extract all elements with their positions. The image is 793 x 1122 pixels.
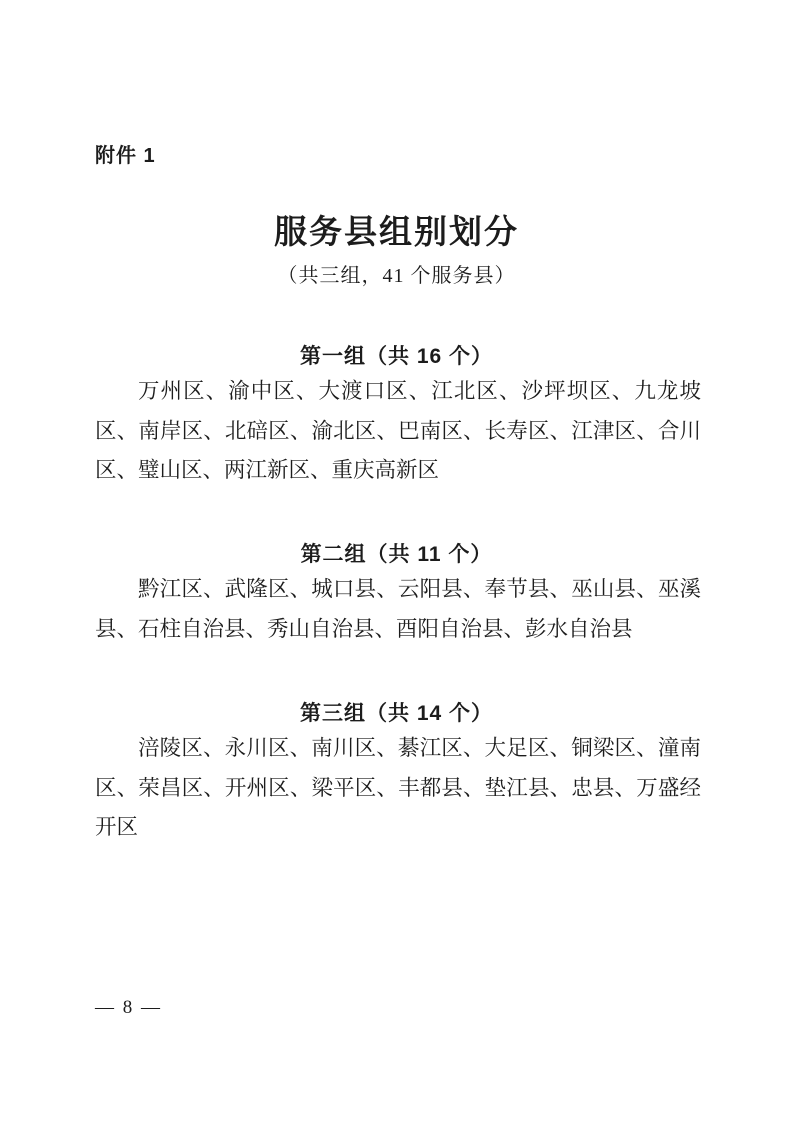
group-3-heading: 第三组（共 14 个） xyxy=(0,697,793,727)
page-subtitle: （共三组，41 个服务县） xyxy=(0,259,793,288)
document-page: 附件 1 服务县组别划分 （共三组，41 个服务县） 第一组（共 16 个） 万… xyxy=(0,0,793,1122)
group-2-heading: 第二组（共 11 个） xyxy=(0,538,793,568)
page-title: 服务县组别划分 xyxy=(0,206,793,253)
page-number: — 8 — xyxy=(95,997,162,1019)
group-3-members: 涪陵区、永川区、南川区、綦江区、大足区、铜梁区、潼南区、荣昌区、开州区、梁平区、… xyxy=(95,729,701,848)
group-2-members: 黔江区、武隆区、城口县、云阳县、奉节县、巫山县、巫溪县、石柱自治县、秀山自治县、… xyxy=(95,570,701,649)
group-1-heading: 第一组（共 16 个） xyxy=(0,340,793,370)
attachment-label: 附件 1 xyxy=(95,139,156,168)
group-1-members: 万州区、渝中区、大渡口区、江北区、沙坪坝区、九龙坡区、南岸区、北碚区、渝北区、巴… xyxy=(95,372,701,491)
